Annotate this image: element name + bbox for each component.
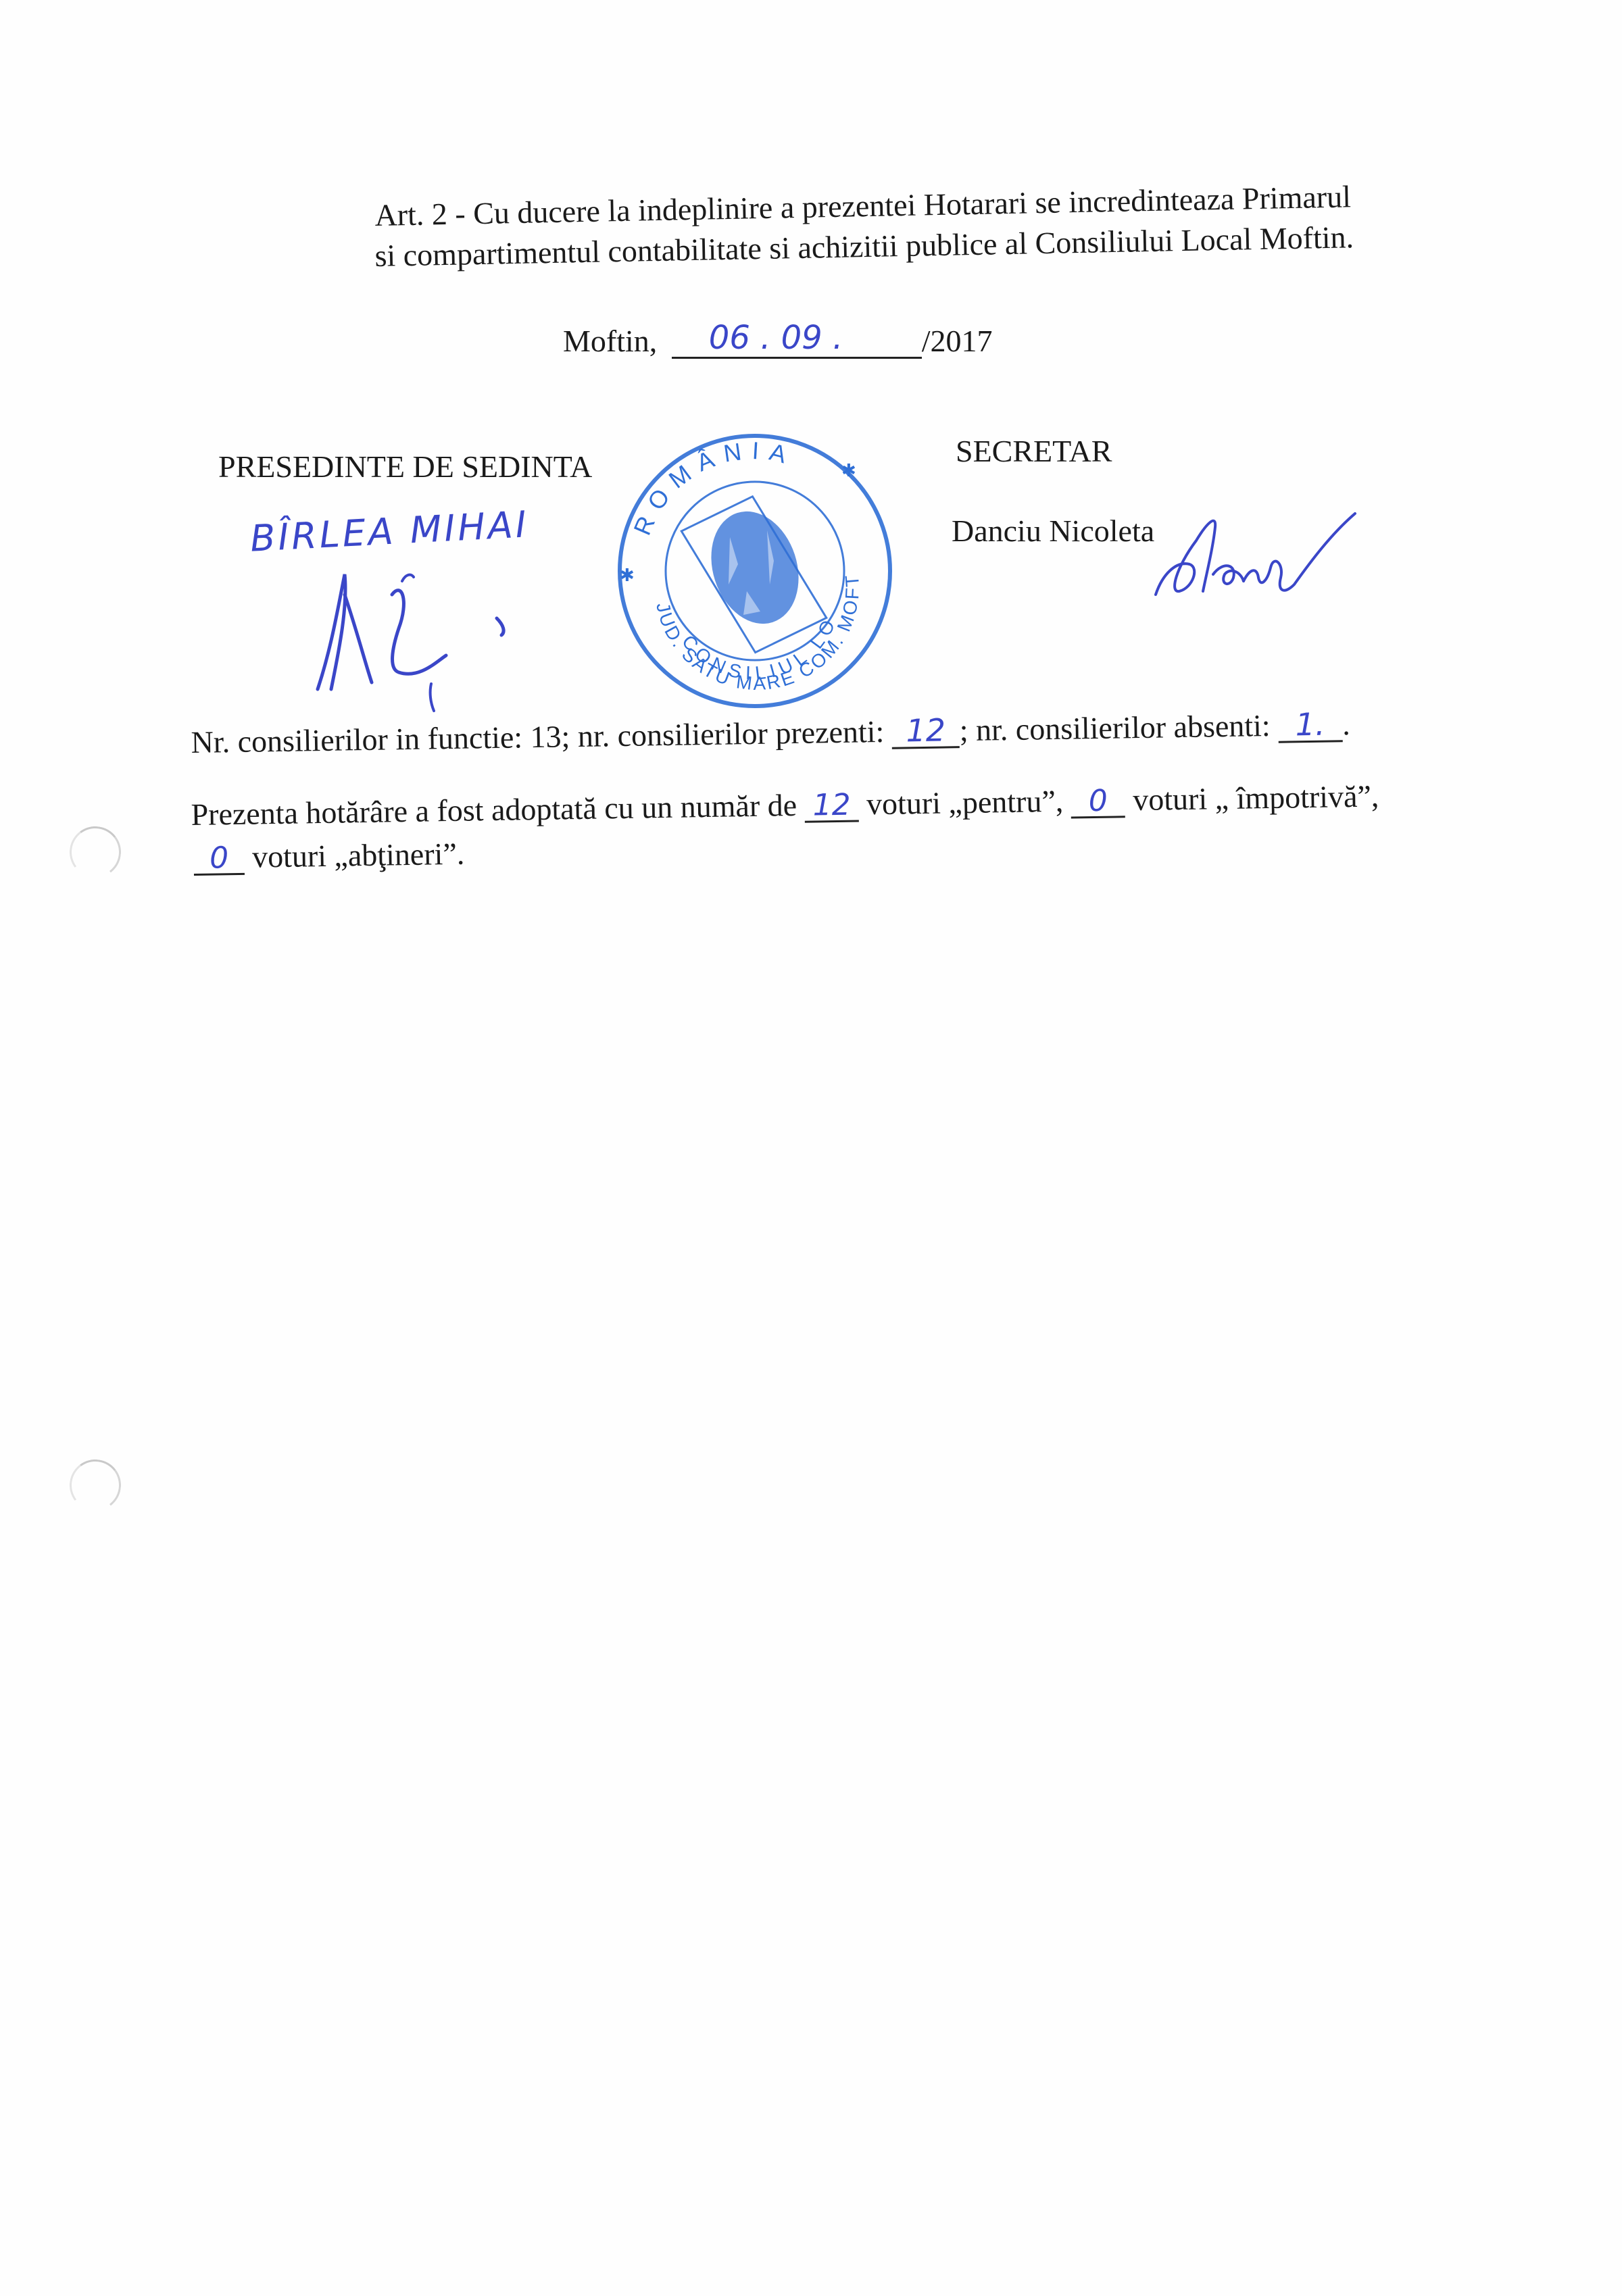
handwritten-date: 06 . 09 . — [709, 322, 843, 354]
vote-against-handwritten: 0 — [1088, 784, 1108, 818]
president-handwritten-name: BÎRLEA MIHAI — [249, 506, 530, 557]
president-signature — [291, 554, 547, 716]
vote-for-blank: 12 — [804, 789, 859, 822]
vote-line-1: Prezenta hotărâre a fost adoptată cu un … — [191, 780, 1379, 832]
secretary-title: SECRETAR — [956, 436, 1112, 467]
vote-for-label: voturi „pentru”, — [866, 784, 1064, 822]
stamp-star-right-icon: ✱ — [841, 461, 856, 480]
attendance-middle: ; nr. consilierilor absenti: — [959, 708, 1271, 747]
vote-line-2: 0 voturi „abţineri”. — [193, 839, 464, 876]
present-count-handwritten: 12 — [906, 712, 945, 749]
official-stamp: ROMÂNIA JUD. SATU MARE COM. MOFTIN CONSI… — [598, 422, 909, 720]
vote-against-label: voturi „ împotrivă”, — [1133, 778, 1379, 817]
date-year: /2017 — [922, 324, 993, 358]
absent-blank: 1. — [1278, 708, 1343, 743]
date-place: Moftin, — [563, 324, 657, 358]
vote-against-blank: 0 — [1071, 784, 1125, 818]
secretary-name: Danciu Nicoleta — [952, 516, 1154, 547]
absent-count-handwritten: 1. — [1295, 706, 1325, 743]
vote-abstain-label: voturi „abţineri”. — [252, 837, 465, 874]
vote-abstain-handwritten: 0 — [210, 841, 229, 875]
secretary-signature — [1149, 500, 1379, 608]
scanned-page: Art. 2 - Cu ducere la indeplinire a prez… — [0, 0, 1622, 2296]
attendance-prefix: Nr. consilierilor in functie: 13; nr. co… — [191, 714, 884, 759]
vote-prefix: Prezenta hotărâre a fost adoptată cu un … — [191, 788, 797, 832]
stamp-star-left-icon: ✱ — [620, 566, 635, 585]
attendance-suffix: . — [1342, 707, 1350, 741]
date-line: Moftin, 06 . 09 . /2017 — [563, 326, 993, 359]
vote-abstain-blank: 0 — [193, 842, 245, 876]
present-blank: 12 — [891, 714, 960, 749]
president-title: PRESEDINTE DE SEDINTA — [218, 451, 592, 482]
date-blank: 06 . 09 . — [672, 326, 922, 359]
vote-for-handwritten: 12 — [812, 788, 851, 823]
punch-hole-mark-lower — [66, 1456, 124, 1514]
punch-hole-mark-upper — [66, 823, 124, 881]
